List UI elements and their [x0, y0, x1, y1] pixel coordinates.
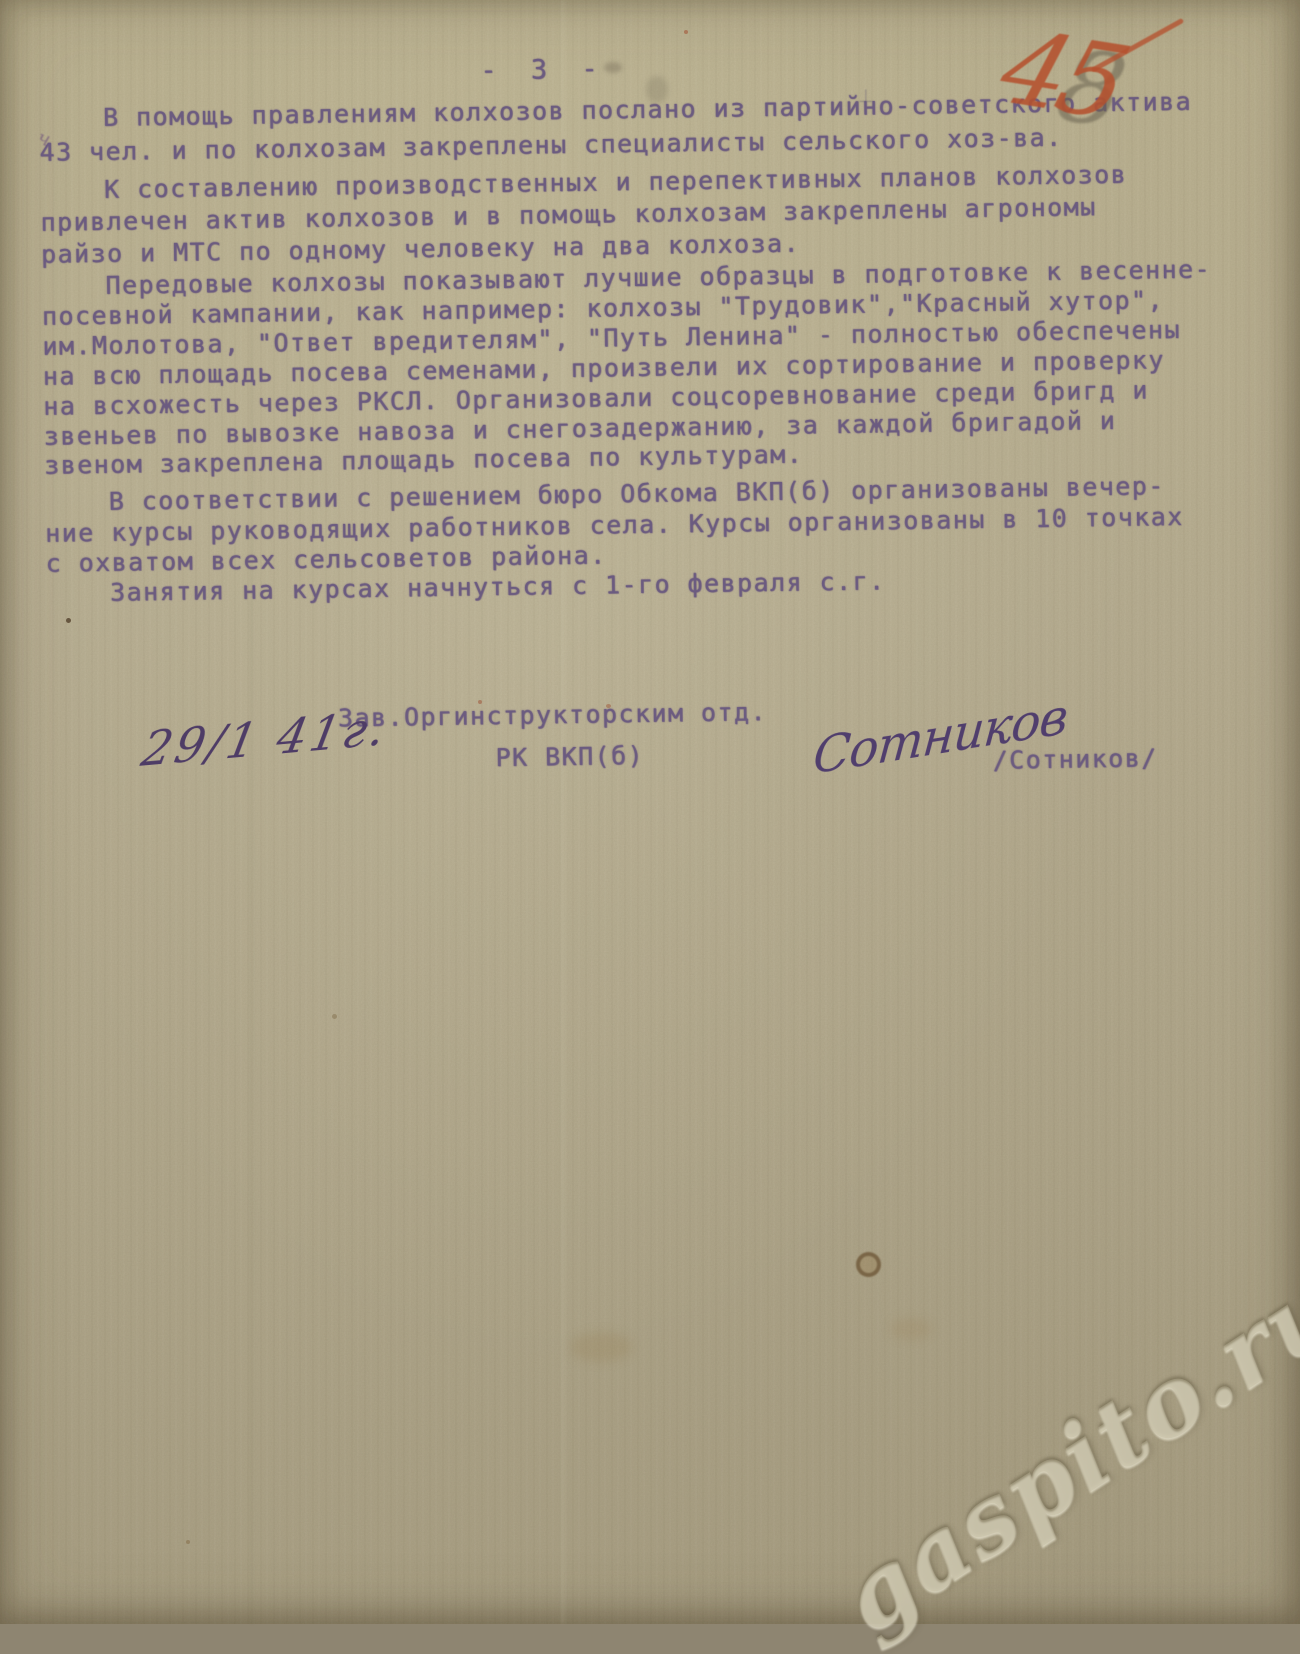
- signature-title-line: РК ВКП(б): [495, 741, 644, 772]
- ink-ring-stain: [856, 1252, 881, 1277]
- page-number-typed: - 3 -: [480, 53, 607, 86]
- paper-stain: [890, 1318, 932, 1340]
- signature-title-line: Зав.Оргинструкторским отд.: [338, 697, 767, 732]
- paper-speck: [186, 1540, 190, 1544]
- scanned-document-page: - 3 - В помощь правлениям колхозов посла…: [0, 0, 1300, 1624]
- paper-speck: [332, 1014, 337, 1019]
- paper-speck: [684, 30, 688, 34]
- paper-stain: [570, 1332, 632, 1362]
- embossed-watermark: gaspito.ru: [822, 1250, 1300, 1624]
